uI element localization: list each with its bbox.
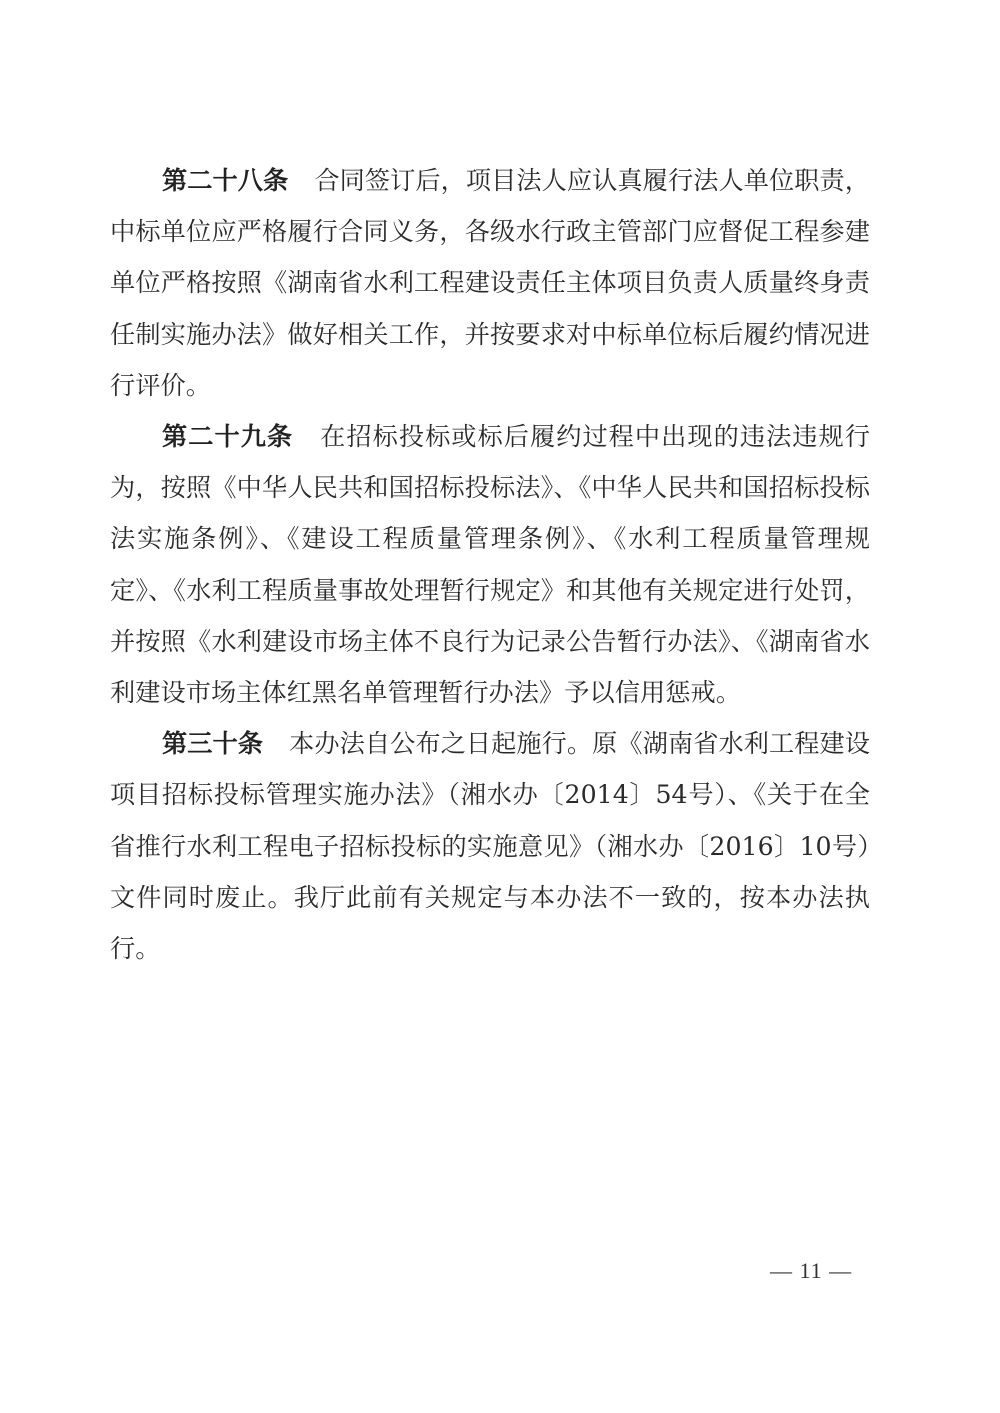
article-text: 本办法自公布之日起施行。原《湖南省水利工程建设项目招标投标管理实施办法》（湘水办… xyxy=(110,729,870,963)
page-number: — 11 — xyxy=(770,1258,852,1284)
document-body: 第二十八条合同签订后，项目法人应认真履行法人单位职责，中标单位应严格履行合同义务… xyxy=(110,155,870,974)
article-text: 在招标投标或标后履约过程中出现的违法违规行为，按照《中华人民共和国招标投标法》、… xyxy=(110,422,870,707)
article-number: 第三十条 xyxy=(162,729,263,758)
article-30: 第三十条本办法自公布之日起施行。原《湖南省水利工程建设项目招标投标管理实施办法》… xyxy=(110,718,870,974)
article-number: 第二十九条 xyxy=(162,422,293,451)
article-text: 合同签订后，项目法人应认真履行法人单位职责，中标单位应严格履行合同义务，各级水行… xyxy=(110,166,870,400)
article-number: 第二十八条 xyxy=(162,166,288,195)
article-28: 第二十八条合同签订后，项目法人应认真履行法人单位职责，中标单位应严格履行合同义务… xyxy=(110,155,870,411)
article-29: 第二十九条在招标投标或标后履约过程中出现的违法违规行为，按照《中华人民共和国招标… xyxy=(110,411,870,718)
